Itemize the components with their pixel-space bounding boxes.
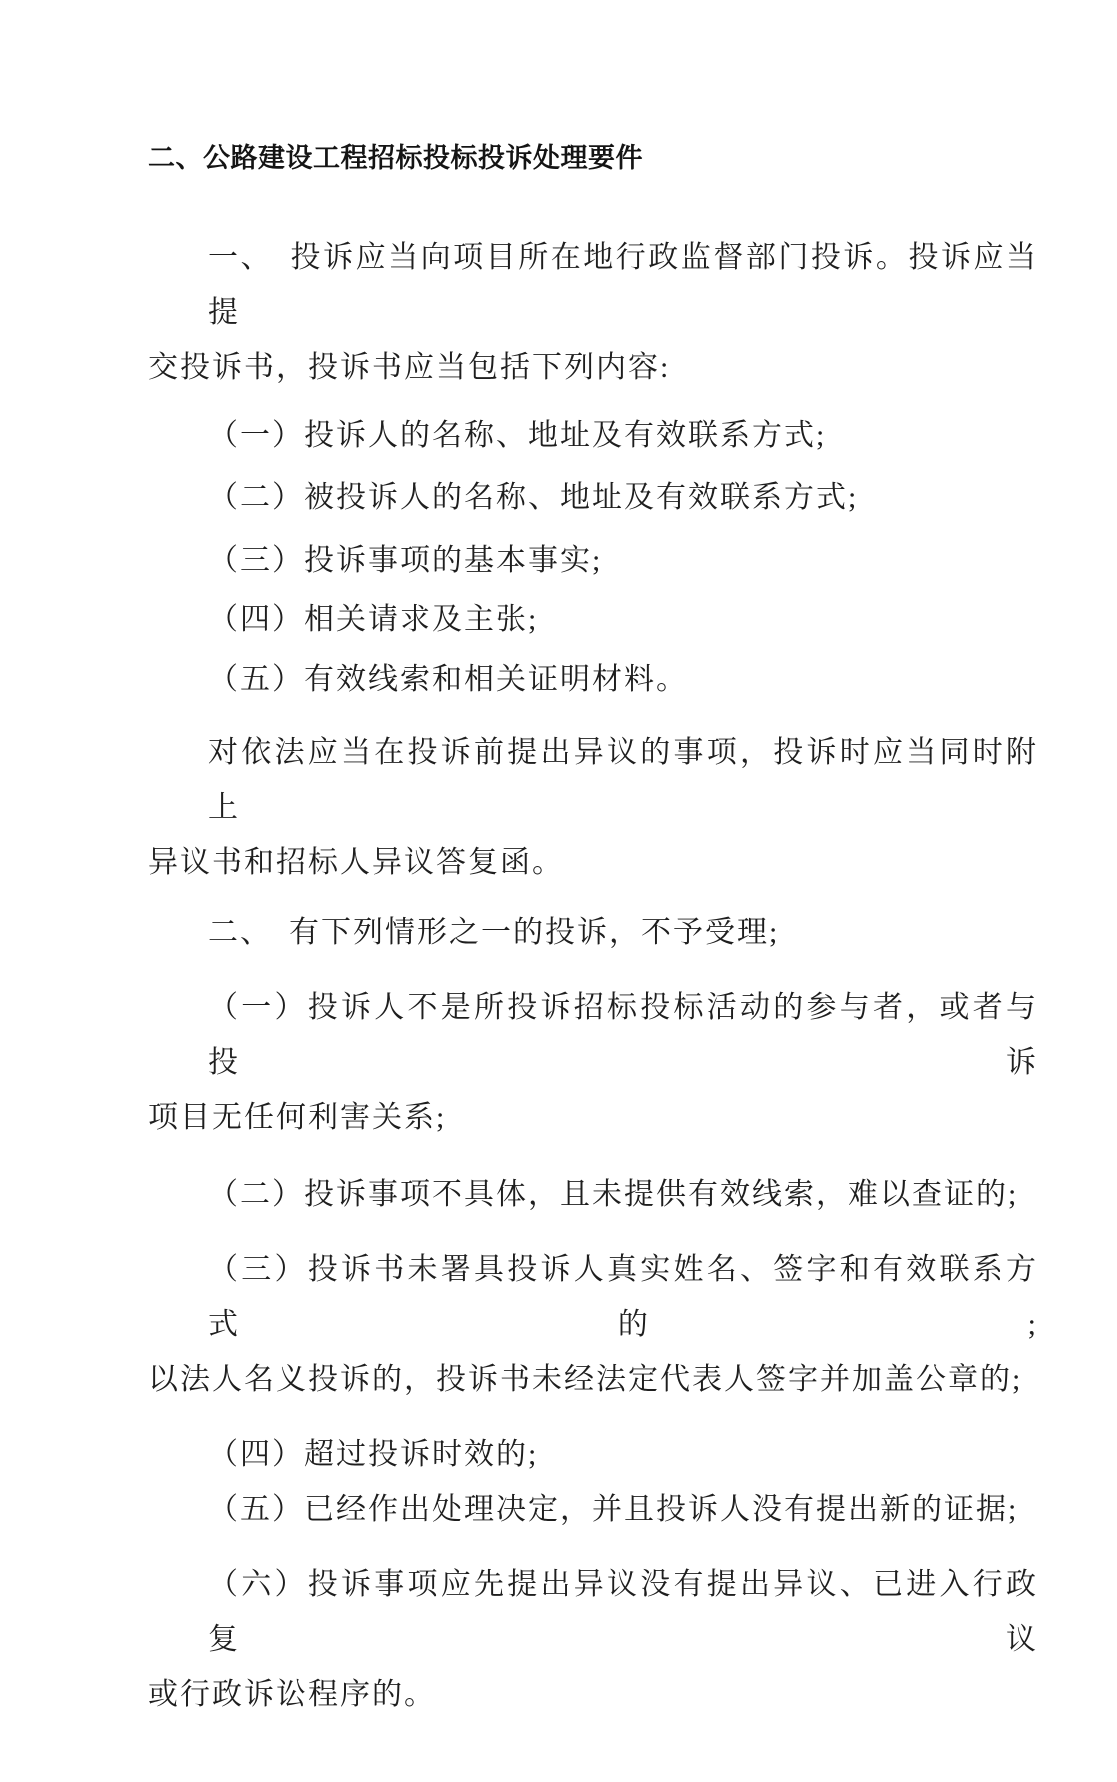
text-line: 项目无任何利害关系;	[148, 1090, 1038, 1145]
text-line: 二、 有下列情形之一的投诉，不予受理;	[148, 905, 1038, 960]
text-line: （六）投诉事项应先提出异议没有提出异议、已进入行政复议	[148, 1557, 1038, 1667]
text-line: 一、 投诉应当向项目所在地行政监督部门投诉。投诉应当提	[148, 230, 1038, 340]
text-line: 交投诉书，投诉书应当包括下列内容:	[148, 340, 1038, 395]
text-line: （一）投诉人不是所投诉招标投标活动的参与者，或者与投诉	[148, 980, 1038, 1090]
text-line: （三）投诉事项的基本事实;	[148, 533, 1038, 588]
text-line: 以法人名义投诉的，投诉书未经法定代表人签字并加盖公章的;	[148, 1352, 1038, 1407]
list-item-2-2: （二）投诉事项不具体，且未提供有效线索，难以查证的;	[148, 1167, 1038, 1222]
paragraph-objection: 对依法应当在投诉前提出异议的事项，投诉时应当同时附上 异议书和招标人异议答复函。	[148, 725, 1038, 890]
text-line: （四）超过投诉时效的;	[148, 1427, 1038, 1482]
text-line: （三）投诉书未署具投诉人真实姓名、签字和有效联系方式的;	[148, 1242, 1038, 1352]
text-line: （五）已经作出处理决定，并且投诉人没有提出新的证据;	[148, 1482, 1038, 1537]
text-line: （二）被投诉人的名称、地址及有效联系方式;	[148, 470, 1038, 525]
list-item-2-4: （四）超过投诉时效的;	[148, 1427, 1038, 1482]
list-item-1-5: （五）有效线索和相关证明材料。	[148, 652, 1038, 707]
list-item-2-5: （五）已经作出处理决定，并且投诉人没有提出新的证据;	[148, 1482, 1038, 1537]
document-title: 二、公路建设工程招标投标投诉处理要件	[148, 136, 1038, 180]
text-line: 对依法应当在投诉前提出异议的事项，投诉时应当同时附上	[148, 725, 1038, 835]
list-item-1-1: （一）投诉人的名称、地址及有效联系方式;	[148, 408, 1038, 463]
text-line: （二）投诉事项不具体，且未提供有效线索，难以查证的;	[148, 1167, 1038, 1222]
list-item-2-6: （六）投诉事项应先提出异议没有提出异议、已进入行政复议 或行政诉讼程序的。	[148, 1557, 1038, 1722]
paragraph-intro: 一、 投诉应当向项目所在地行政监督部门投诉。投诉应当提 交投诉书，投诉书应当包括…	[148, 230, 1038, 395]
list-item-2-3: （三）投诉书未署具投诉人真实姓名、签字和有效联系方式的; 以法人名义投诉的，投诉…	[148, 1242, 1038, 1407]
paragraph-rejection-heading: 二、 有下列情形之一的投诉，不予受理;	[148, 905, 1038, 960]
list-item-1-2: （二）被投诉人的名称、地址及有效联系方式;	[148, 470, 1038, 525]
text-line: （四）相关请求及主张;	[148, 592, 1038, 647]
list-item-1-4: （四）相关请求及主张;	[148, 592, 1038, 647]
text-line: 异议书和招标人异议答复函。	[148, 835, 1038, 890]
document-page: 二、公路建设工程招标投标投诉处理要件 一、 投诉应当向项目所在地行政监督部门投诉…	[0, 0, 1117, 1782]
text-line: 或行政诉讼程序的。	[148, 1667, 1038, 1722]
list-item-1-3: （三）投诉事项的基本事实;	[148, 533, 1038, 588]
list-item-2-1: （一）投诉人不是所投诉招标投标活动的参与者，或者与投诉 项目无任何利害关系;	[148, 980, 1038, 1145]
text-line: （五）有效线索和相关证明材料。	[148, 652, 1038, 707]
text-line: （一）投诉人的名称、地址及有效联系方式;	[148, 408, 1038, 463]
